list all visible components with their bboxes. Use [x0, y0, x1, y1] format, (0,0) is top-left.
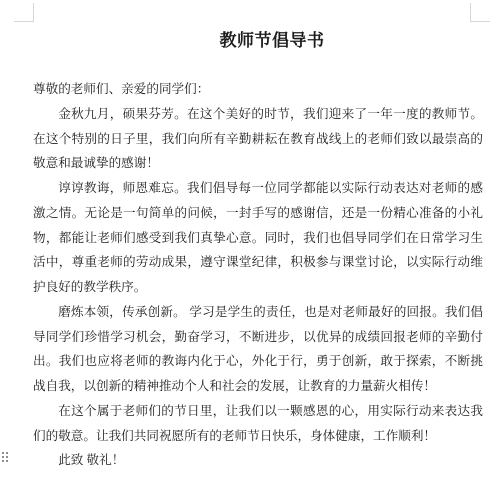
text-boundary-mark-top-right-icon: [470, 3, 490, 22]
drag-handle-dot: [6, 456, 8, 458]
document-body[interactable]: 尊敬的老师们、亲爱的同学们： 金秋九月，硕果芬芳。在这个美好的时节，我们迎来了一…: [33, 77, 483, 473]
drag-handle-dot: [6, 460, 8, 462]
body-paragraph[interactable]: 谆谆教诲，师恩难忘。我们倡导每一位同学都能以实际行动表达对老师的感激之情。无论是…: [33, 176, 483, 300]
document-page: 教师节倡导书 尊敬的老师们、亲爱的同学们： 金秋九月，硕果芬芳。在这个美好的时节…: [0, 0, 500, 492]
body-paragraph[interactable]: 金秋九月，硕果芬芳。在这个美好的时节，我们迎来了一年一度的教师节。在这个特别的日…: [33, 102, 483, 176]
closing-line[interactable]: 此致 敬礼！: [33, 448, 483, 473]
paragraph-list: 金秋九月，硕果芬芳。在这个美好的时节，我们迎来了一年一度的教师节。在这个特别的日…: [33, 102, 483, 449]
body-paragraph[interactable]: 磨炼本领，传承创新。 学习是学生的责任，也是对老师最好的回报。我们倡导同学们珍惜…: [33, 300, 483, 399]
text-boundary-mark-top-left-icon: [14, 3, 34, 22]
drag-handle-icon[interactable]: [2, 452, 8, 462]
body-paragraph[interactable]: 在这个属于老师们的节日里，让我们以一颗感恩的心，用实际行动来表达我们的敬意。让我…: [33, 399, 483, 449]
drag-handle-dot: [2, 456, 4, 458]
drag-handle-dot: [6, 452, 8, 454]
drag-handle-dot: [2, 460, 4, 462]
drag-handle-dot: [2, 452, 4, 454]
document-title: 教师节倡导书: [33, 30, 483, 52]
greeting-line[interactable]: 尊敬的老师们、亲爱的同学们：: [33, 77, 483, 102]
